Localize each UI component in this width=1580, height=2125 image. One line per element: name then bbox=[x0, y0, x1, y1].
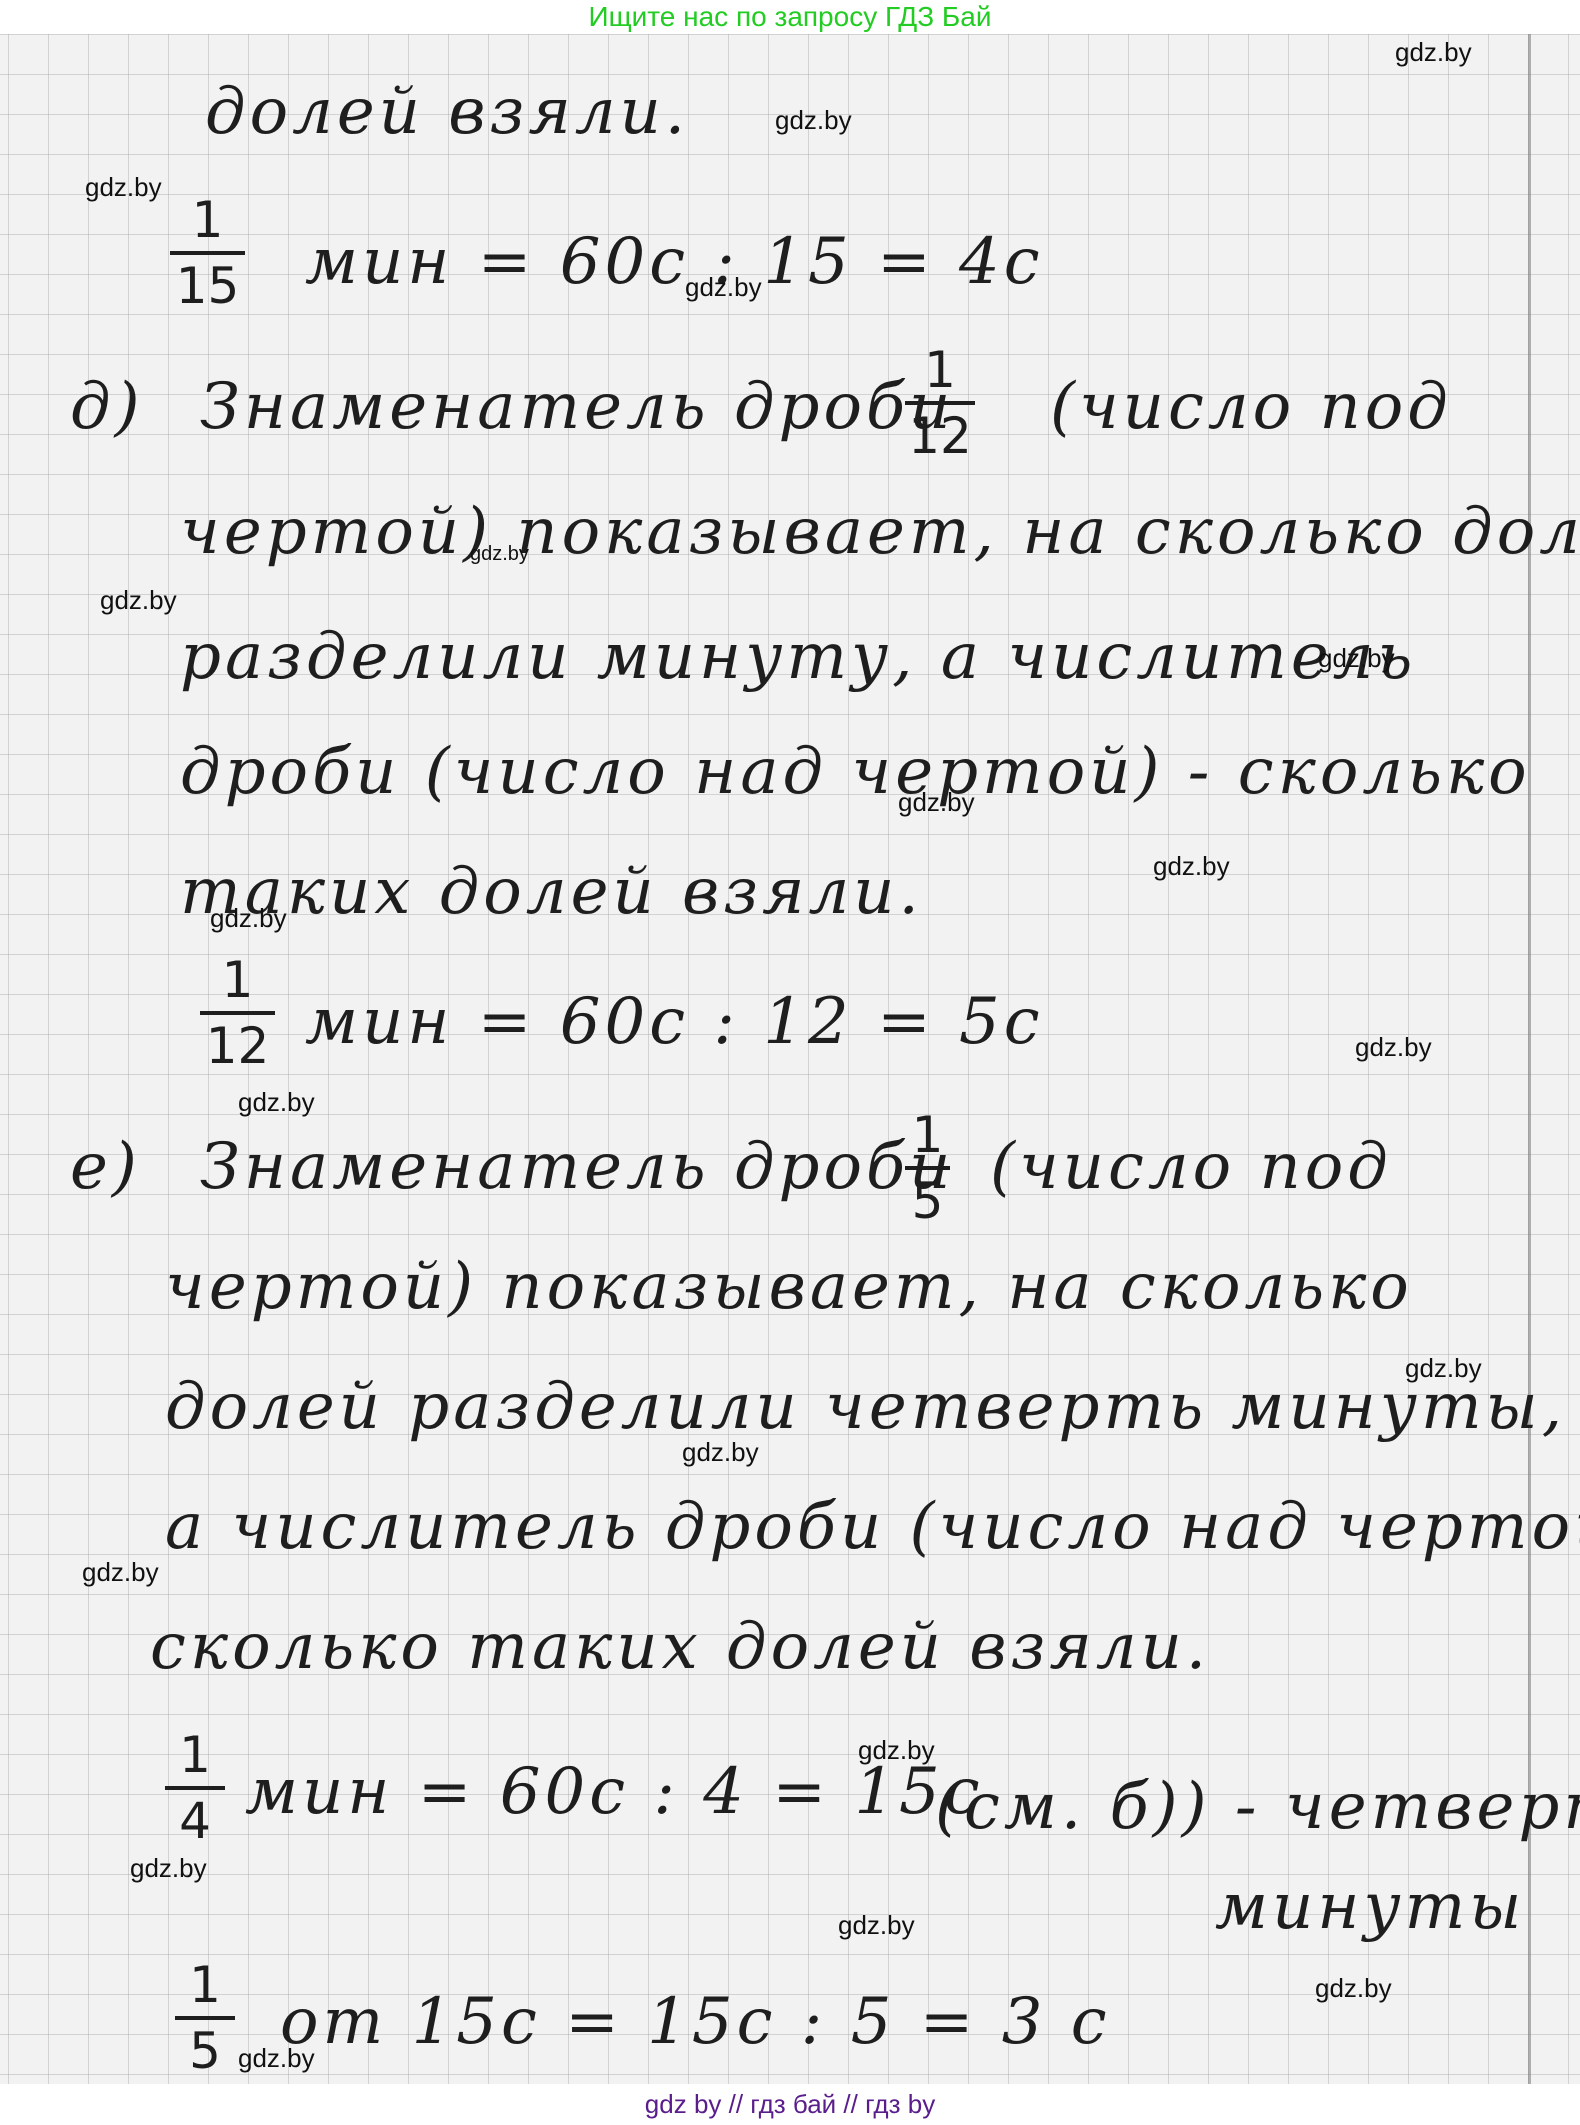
fraction-1-15: 1 15 bbox=[170, 195, 245, 311]
watermark: gdz.by bbox=[238, 1087, 315, 1118]
handwritten-line: дроби (число над чертой) - сколько bbox=[180, 735, 1531, 809]
item-label-d: д) bbox=[70, 370, 144, 444]
watermark: gdz.by bbox=[1153, 851, 1230, 882]
watermark: gdz.by bbox=[1355, 1032, 1432, 1063]
watermark: gdz.by bbox=[858, 1735, 935, 1766]
denominator: 5 bbox=[175, 2026, 235, 2076]
handwritten-line: разделили минуту, а числитель bbox=[180, 620, 1416, 694]
equation-line: от 15с = 15с : 5 = 3 с bbox=[280, 1985, 1111, 2059]
watermark: gdz.by bbox=[682, 1437, 759, 1468]
handwritten-line: (число под bbox=[1050, 370, 1452, 444]
watermark: gdz.by bbox=[1395, 37, 1472, 68]
handwritten-line: сколько таких долей взяли. bbox=[150, 1610, 1210, 1684]
watermark: gdz.by bbox=[898, 787, 975, 818]
fraction-bar bbox=[200, 1011, 275, 1015]
numerator: 1 bbox=[175, 1960, 235, 2010]
numerator: 1 bbox=[200, 955, 275, 1005]
watermark: gdz.by bbox=[82, 1557, 159, 1588]
equation-line: мин = 60с : 15 = 4с bbox=[305, 225, 1044, 299]
watermark: gdz.by bbox=[130, 1853, 207, 1884]
denominator: 5 bbox=[905, 1176, 950, 1226]
numerator: 1 bbox=[905, 345, 975, 395]
fraction-bar bbox=[170, 251, 245, 255]
fraction-1-12: 1 12 bbox=[905, 345, 975, 461]
handwritten-line: (число под bbox=[990, 1130, 1392, 1204]
handwritten-line: Знаменатель дроби bbox=[200, 1130, 954, 1204]
handwritten-line: чертой) показывает, на сколько bbox=[165, 1250, 1413, 1324]
numerator: 1 bbox=[170, 195, 245, 245]
search-banner[interactable]: Ищите нас по запросу ГДЗ Бай bbox=[0, 0, 1580, 34]
fraction-bar bbox=[905, 1166, 950, 1170]
item-label-e: е) bbox=[70, 1130, 141, 1204]
denominator: 15 bbox=[170, 261, 245, 311]
watermark: gdz.by bbox=[1318, 643, 1395, 674]
fraction-bar bbox=[905, 401, 975, 405]
handwritten-line: таких долей взяли. bbox=[180, 855, 923, 929]
denominator: 12 bbox=[905, 411, 975, 461]
handwritten-line: Знаменатель дроби bbox=[200, 370, 954, 444]
numerator: 1 bbox=[905, 1110, 950, 1160]
watermark: gdz.by bbox=[1405, 1353, 1482, 1384]
watermark: gdz.by bbox=[775, 105, 852, 136]
watermark: gdz.by bbox=[100, 585, 177, 616]
watermark: gdz.by bbox=[85, 172, 162, 203]
watermark: gdz.by bbox=[210, 903, 287, 934]
handwritten-line: чертой) показывает, на сколько долей bbox=[180, 495, 1580, 569]
equation-note: (см. б)) - четверть bbox=[935, 1770, 1580, 1844]
watermark: gdz.by bbox=[838, 1910, 915, 1941]
numerator: 1 bbox=[165, 1730, 225, 1780]
watermark: gdz.by bbox=[685, 272, 762, 303]
fraction-1-5: 1 5 bbox=[175, 1960, 235, 2076]
watermark: gdz.by bbox=[1315, 1973, 1392, 2004]
handwritten-line: а числитель дроби (число над чертой) - bbox=[165, 1490, 1580, 1564]
fraction-1-4: 1 4 bbox=[165, 1730, 225, 1846]
denominator: 4 bbox=[165, 1796, 225, 1846]
fraction-1-5: 1 5 bbox=[905, 1110, 950, 1226]
fraction-bar bbox=[175, 2016, 235, 2020]
equation-note: минуты bbox=[1215, 1870, 1525, 1944]
denominator: 12 bbox=[200, 1021, 275, 1071]
footer-links[interactable]: gdz by // гдз бай // гдз by bbox=[0, 2084, 1580, 2125]
fraction-1-12: 1 12 bbox=[200, 955, 275, 1071]
handwritten-line: долей взяли. bbox=[205, 75, 689, 149]
handwritten-line: долей разделили четверть минуты, bbox=[165, 1370, 1566, 1444]
fraction-bar bbox=[165, 1786, 225, 1790]
equation-line: мин = 60с : 12 = 5с bbox=[305, 985, 1044, 1059]
watermark: gdz.by bbox=[238, 2043, 315, 2074]
watermark: gdz.by bbox=[470, 543, 529, 566]
equation-line: мин = 60с : 4 = 15с bbox=[245, 1755, 984, 1829]
